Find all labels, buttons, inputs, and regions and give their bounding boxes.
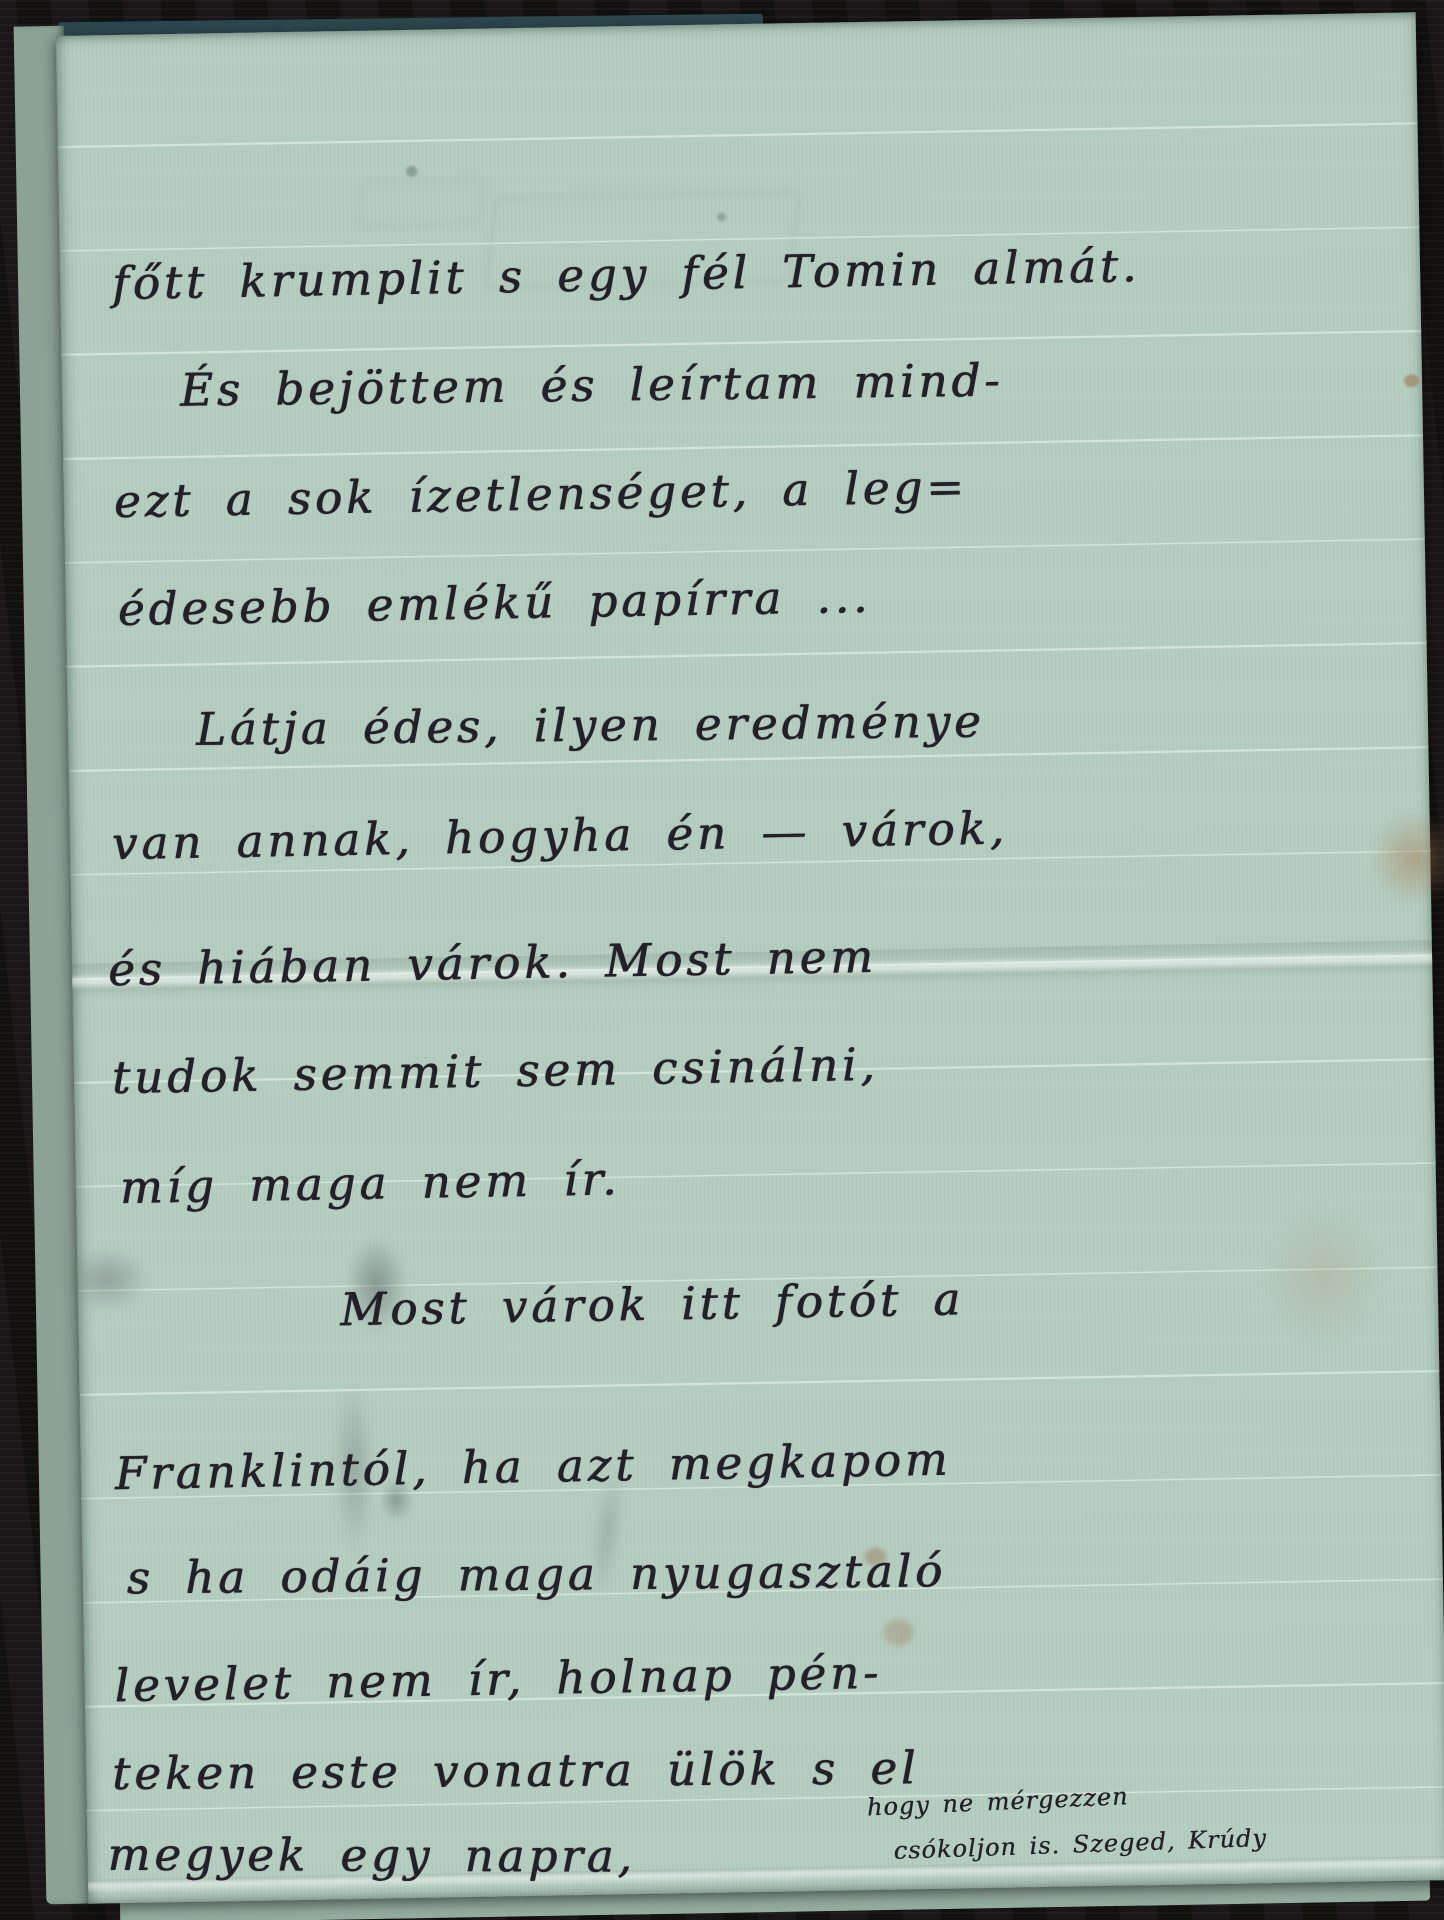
paper-showthrough-mark <box>356 178 488 226</box>
handwriting-line: ezt a sok ízetlenséget, a leg= <box>113 460 968 528</box>
handwriting-line: édesebb emlékű papírra ... <box>117 570 871 636</box>
handwriting-line: Franklintól, ha azt megkapom <box>114 1433 951 1501</box>
foxing-spot <box>884 1619 914 1646</box>
handwriting-line: tudok semmit sem csinálni, <box>112 1038 879 1104</box>
paper-stain <box>1368 810 1444 908</box>
handwriting-line: Most várok itt fotót a <box>340 1272 965 1336</box>
postscript-line: csókoljon is. Szeged, Krúdy <box>893 1824 1267 1865</box>
handwriting-line: Látja édes, ilyen eredménye <box>196 695 985 756</box>
foxing-spot <box>717 212 726 221</box>
handwriting-line: És bejöttem és leírtam mind- <box>180 354 1004 417</box>
handwriting-line: és hiában várok. Most nem <box>108 930 878 996</box>
handwriting-line: teken este vonatra ülök s el <box>112 1741 920 1800</box>
letter-photo-stage: főtt krumplit s egy fél Tomin almát. És … <box>0 0 1444 1920</box>
handwriting-line: van annak, hogyha én — várok, <box>111 802 1008 871</box>
handwriting-line: míg maga nem ír. <box>119 1152 620 1214</box>
handwriting-line: megyek egy napra, <box>108 1828 636 1883</box>
foxing-spot <box>1404 374 1419 387</box>
handwriting-line: levelet nem ír, holnap pén- <box>114 1646 882 1712</box>
paper-smudge <box>63 1247 150 1312</box>
foxing-spot <box>406 166 417 177</box>
paper-stain <box>1262 1205 1384 1347</box>
letter-paper: főtt krumplit s egy fél Tomin almát. És … <box>56 12 1444 1903</box>
handwriting-line: s ha odáig maga nyugasztaló <box>127 1544 947 1604</box>
handwriting-line: főtt krumplit s egy fél Tomin almát. <box>112 239 1141 310</box>
